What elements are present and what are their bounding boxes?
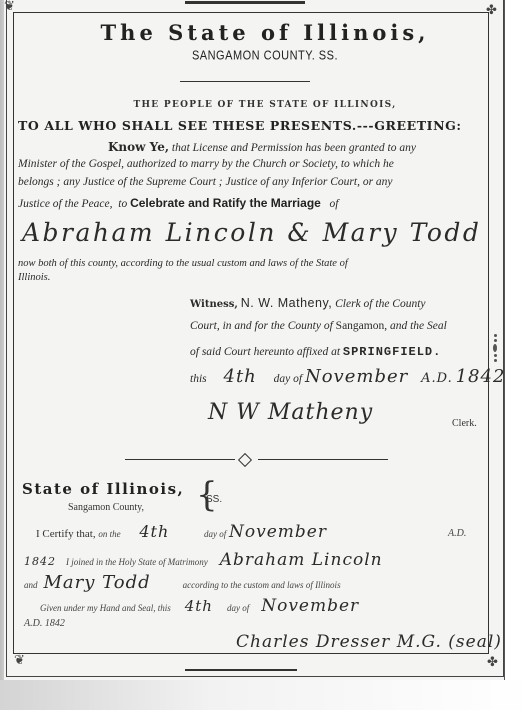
corner-ornament-bottom-right-icon: ✤ bbox=[487, 656, 498, 669]
license-line-5: now both of this county, according to th… bbox=[18, 258, 348, 269]
certificate-year-handwritten: 1842 bbox=[24, 555, 56, 568]
corner-ornament-top-left-icon: ❦ bbox=[4, 0, 15, 13]
county-heading: SANGAMON COUNTY. SS. bbox=[0, 49, 530, 63]
license-line-3: belongs ; any Justice of the Supreme Cou… bbox=[18, 176, 393, 188]
certificate-ss: SS. bbox=[206, 494, 222, 505]
given-month-handwritten: November bbox=[261, 596, 359, 616]
witness-line-4: this 4th day of November A.D. 1842 bbox=[190, 366, 505, 387]
certificate-day-handwritten: 4th bbox=[139, 522, 169, 541]
license-line-4: Justice of the Peace, to Celebrate and R… bbox=[18, 196, 338, 210]
given-day-handwritten: 4th bbox=[185, 597, 213, 615]
people-heading: THE PEOPLE OF THE STATE OF ILLINOIS, bbox=[0, 100, 530, 110]
given-line: Given under my Hand and Seal, this 4th d… bbox=[40, 596, 359, 616]
couple-names-handwritten: Abraham Lincoln & Mary Todd bbox=[22, 218, 481, 247]
license-line-1: Know Ye, that License and Permission has… bbox=[108, 140, 416, 154]
section-divider-left bbox=[125, 459, 235, 460]
clerk-name: N. W. Matheny, bbox=[241, 296, 333, 310]
witness-line-2: Court, in and for the County of Sangamon… bbox=[190, 320, 447, 332]
witness-day-handwritten: 4th bbox=[224, 366, 257, 387]
bride-name-handwritten: Mary Todd bbox=[44, 572, 151, 593]
top-border-ornament bbox=[185, 1, 305, 4]
certificate-state-heading: State of Illinois, bbox=[22, 480, 184, 498]
document-title: The State of Illinois, bbox=[0, 20, 530, 45]
corner-ornament-bottom-left-icon: ❦ bbox=[14, 654, 25, 667]
certificate-county: Sangamon County, bbox=[68, 502, 144, 513]
witness-line-3: of said Court hereunto affixed at SPRING… bbox=[190, 345, 441, 359]
witness-line-1: Witness, N. W. Matheny, Clerk of the Cou… bbox=[190, 296, 426, 310]
given-year: A.D. 1842 bbox=[24, 618, 65, 629]
groom-name-handwritten: Abraham Lincoln bbox=[220, 550, 383, 570]
clerk-label: Clerk. bbox=[452, 418, 477, 429]
section-divider-right bbox=[258, 459, 388, 460]
celebrate-text: Celebrate and Ratify the Marriage bbox=[130, 196, 321, 210]
page-bottom-shadow bbox=[0, 680, 530, 710]
witness-month-handwritten: November bbox=[305, 366, 408, 387]
greeting-heading: TO ALL WHO SHALL SEE THESE PRESENTS.---G… bbox=[18, 118, 462, 133]
joined-line: 1842 I joined in the Holy State of Matri… bbox=[24, 550, 383, 570]
license-line-6: Illinois. bbox=[18, 272, 50, 283]
certify-line: I Certify that, on the 4th day of Novemb… bbox=[36, 522, 327, 542]
bride-line: and Mary Todd according to the custom an… bbox=[24, 572, 341, 593]
corner-ornament-top-right-icon: ✤ bbox=[486, 4, 497, 17]
license-line-2: Minister of the Gospel, authorized to ma… bbox=[18, 158, 394, 170]
city-name: SPRINGFIELD. bbox=[343, 345, 441, 359]
bottom-border-ornament bbox=[185, 669, 297, 671]
side-seal-ornament bbox=[491, 334, 499, 374]
clerk-signature: N W Matheny bbox=[208, 400, 373, 425]
certificate-ad: A.D. bbox=[448, 528, 466, 539]
know-ye-text: Know Ye, bbox=[108, 140, 169, 154]
officiant-signature: Charles Dresser M.G. (seal) bbox=[236, 632, 502, 652]
header-divider-ornament bbox=[180, 81, 310, 82]
certificate-month-handwritten: November bbox=[229, 522, 327, 542]
